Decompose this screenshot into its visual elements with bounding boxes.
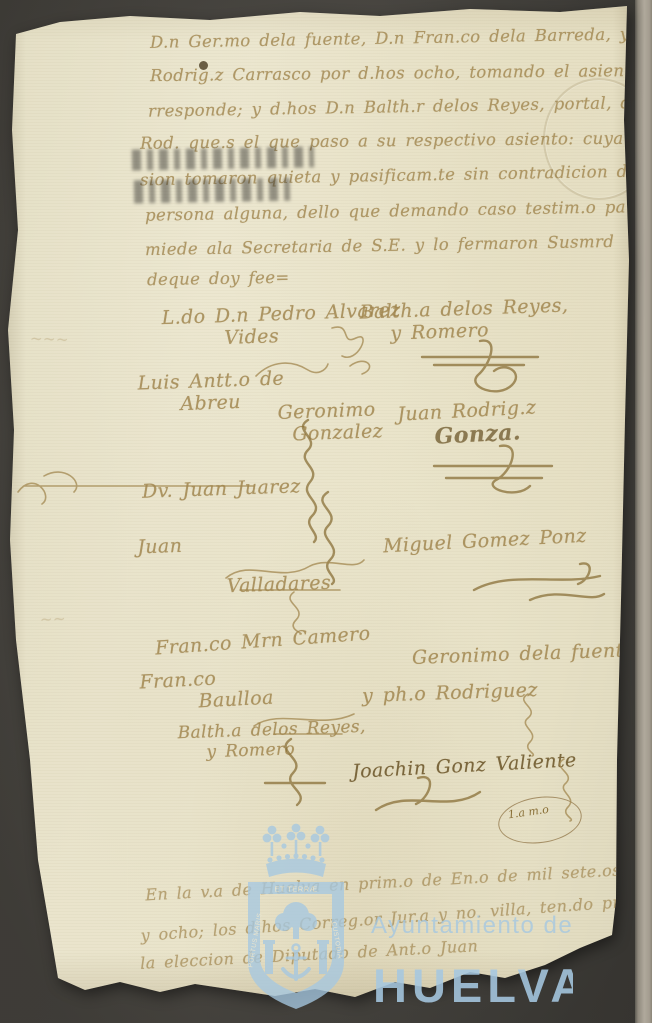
manuscript-line: D.n Ger.mo dela fuente, D.n Fran.co dela… bbox=[150, 23, 652, 52]
watermark-org-name: HUELVA bbox=[373, 959, 573, 1012]
rubric-flourish bbox=[250, 700, 360, 740]
manuscript-line: Rodrig.z Carrasco por d.hos ocho, tomand… bbox=[150, 60, 652, 85]
signature: Miguel Gomez Ponz bbox=[383, 525, 588, 558]
rubric-flourish bbox=[420, 335, 550, 405]
manuscript-line: deque doy fee= bbox=[147, 268, 290, 289]
huelva-archive-watermark: ET TERRÆ PORTUS MARIS CUSTODIA Ayuntami bbox=[228, 812, 573, 1023]
scanned-document-photo: D.n Ger.mo dela fuente, D.n Fran.co dela… bbox=[0, 0, 652, 1023]
shield-motto-top: ET TERRÆ bbox=[274, 885, 317, 894]
rubric-flourish bbox=[255, 735, 335, 815]
watermark-org-line: Ayuntamiento de bbox=[371, 912, 573, 939]
embossed-circular-stamp bbox=[543, 78, 652, 200]
ink-blot bbox=[199, 61, 208, 70]
olive-tree-charge bbox=[275, 902, 317, 939]
faded-ink-stamp bbox=[134, 178, 296, 204]
show-through-ghost: ~~~ bbox=[30, 329, 70, 348]
rubric-flourish bbox=[470, 556, 610, 616]
faded-ink-stamp bbox=[132, 146, 314, 170]
rubric-flourish bbox=[14, 452, 264, 512]
show-through-ghost: ~~ bbox=[40, 610, 67, 629]
anchor-charge bbox=[283, 945, 309, 980]
manuscript-line: miede ala Secretaria de S.E. y lo fermar… bbox=[145, 232, 615, 259]
huelva-coat-of-arms: ET TERRÆ PORTUS MARIS CUSTODIA bbox=[247, 824, 344, 1009]
signature: Fran.co Mrn Camero bbox=[154, 623, 371, 660]
rubric-flourish bbox=[500, 690, 560, 760]
rubric-flourish bbox=[252, 356, 332, 386]
rubric-flourish bbox=[268, 588, 328, 638]
rubric-flourish bbox=[430, 438, 560, 508]
rubric-flourish bbox=[322, 320, 392, 380]
signature: Geronimo dela fuente bbox=[412, 639, 636, 669]
